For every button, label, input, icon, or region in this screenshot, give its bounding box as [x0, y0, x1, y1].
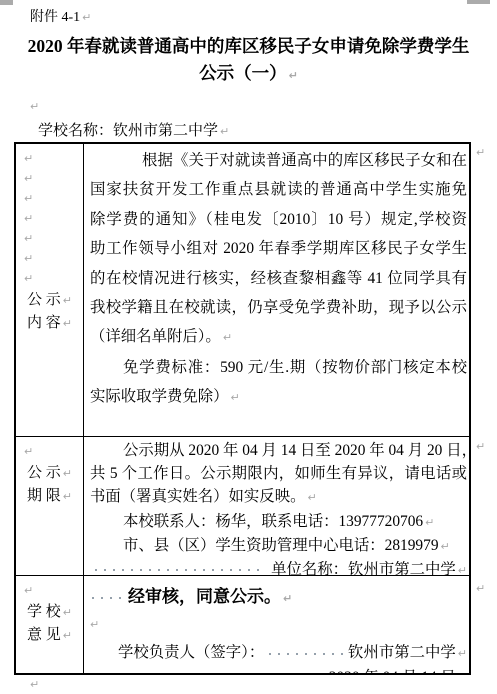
- paragraph-line: 我校学籍且在校就读，仍享受免学费补助，现予以公示: [90, 293, 467, 322]
- paragraph-mark-icon: ↵: [476, 146, 485, 159]
- notice-table: ↵ ↵ ↵ ↵ ↵ ↵ ↵ 公 示↵ 内 容↵ 根据《关于对就读普通高中的库区移…: [14, 142, 471, 675]
- paragraph-mark-icon: ↵: [289, 69, 298, 82]
- unit-name-line: 单位名称：钦州市第二中学↵: [90, 558, 467, 576]
- paragraph-mark-icon: ↵: [90, 618, 99, 631]
- page-corner-mark-right: [467, 0, 490, 4]
- row-header-label: 内 容↵: [27, 312, 72, 335]
- approval-line: 经审核，同意公示。↵: [90, 584, 467, 612]
- paragraph-mark-icon: ↵: [63, 629, 72, 642]
- paragraph-line: 的在校情况进行核实，经核查黎相鑫等 41 位同学具有: [90, 264, 467, 293]
- paragraph-mark-icon: ↵: [24, 209, 33, 229]
- school-opinion-cell: 经审核，同意公示。↵ ↵ 学校负责人（签字）： 钦州市第二中学↵ 2020 年 …: [84, 576, 469, 673]
- paragraph-mark-icon: ↵: [24, 581, 33, 601]
- page-title: 2020 年春就读普通高中的库区移民子女申请免除学费学生 公示（一）↵: [0, 33, 497, 89]
- paragraph-mark-icon: ↵: [24, 269, 33, 289]
- paragraph-mark-icon: ↵: [63, 490, 72, 503]
- paragraph-mark-icon: ↵: [441, 540, 450, 553]
- attachment-text: 附件 4-1: [30, 10, 80, 25]
- paragraph-line: 公示期从 2020 年 04 月 14 日至 2020 年 04 月 20 日，: [90, 439, 467, 462]
- paragraph-mark-icon: ↵: [476, 582, 485, 595]
- row-header-school-opinion: ↵ 学 校↵ 意 见↵: [16, 576, 84, 673]
- publicity-period-cell: 公示期从 2020 年 04 月 14 日至 2020 年 04 月 20 日，…: [84, 437, 469, 576]
- page-title-line2: 公示（一）↵: [0, 60, 497, 89]
- paragraph-mark-icon: ↵: [82, 11, 91, 24]
- paragraph-line: 国家扶贫开发工作重点县就读的普通高中学生实施免: [90, 175, 467, 204]
- dotted-leader: [269, 653, 343, 655]
- paragraph-line: 书面（署真实姓名）如实反映。↵: [90, 485, 467, 509]
- paragraph-mark-icon: ↵: [231, 391, 240, 404]
- paragraph-mark-icon: ↵: [458, 642, 467, 666]
- contact-line: 本校联系人：杨华，联系电话：13977720706↵: [90, 510, 467, 534]
- row-header-label: 公 示↵: [27, 462, 72, 485]
- formatting-marks-stack: ↵: [24, 442, 33, 462]
- paragraph-mark-icon: ↵: [283, 586, 292, 612]
- paragraph-mark-icon: ↵: [425, 516, 434, 529]
- school-name-line: 学校名称：钦州市第二中学↵: [38, 119, 229, 140]
- row-header-publicity-content: ↵ ↵ ↵ ↵ ↵ ↵ ↵ 公 示↵ 内 容↵: [16, 144, 84, 437]
- paragraph-mark-icon: ↵: [223, 331, 232, 344]
- paragraph-mark-icon: ↵: [24, 442, 33, 462]
- paragraph-mark-icon: ↵: [24, 189, 33, 209]
- document-page: 附件 4-1↵ 2020 年春就读普通高中的库区移民子女申请免除学费学生 公示（…: [0, 0, 497, 694]
- empty-paragraph: ↵: [90, 612, 467, 635]
- dotted-leader: [92, 597, 122, 599]
- paragraph-mark-icon: ↵: [220, 125, 229, 138]
- paragraph-line: 免学费标准：590 元/生.期（按物价部门核定本校: [90, 353, 467, 382]
- row-header-label: 学 校↵: [27, 601, 72, 624]
- signer-line: 学校负责人（签字）： 钦州市第二中学↵: [90, 641, 467, 666]
- date-text: 2020 年 04 月 14 日: [329, 666, 456, 673]
- row-header-label: 意 见↵: [27, 624, 72, 647]
- paragraph-mark-icon: ↵: [458, 559, 467, 576]
- paragraph-mark-icon: ↵: [63, 606, 72, 619]
- paragraph-line: 除学费的通知》（桂电发〔2010〕10 号）规定,学校资: [90, 205, 467, 234]
- center-phone-line: 市、县（区）学生资助管理中心电话：2819979↵: [90, 534, 467, 558]
- paragraph-mark-icon: ↵: [63, 294, 72, 307]
- signer-name: 钦州市第二中学: [348, 641, 456, 665]
- publicity-content-cell: 根据《关于对就读普通高中的库区移民子女和在 国家扶贫开发工作重点县就读的普通高中…: [84, 144, 469, 437]
- paragraph-mark-icon: ↵: [24, 149, 33, 169]
- paragraph-line: 实际收取学费免除）↵: [90, 382, 467, 412]
- formatting-marks-stack: ↵ ↵ ↵ ↵ ↵ ↵ ↵: [24, 149, 33, 289]
- date-line: 2020 年 04 月 14 日↵: [90, 666, 467, 673]
- paragraph-mark-icon: ↵: [63, 467, 72, 480]
- paragraph-mark-icon: ↵: [476, 440, 485, 453]
- signer-label: 学校负责人（签字）：: [118, 641, 264, 665]
- attachment-label: 附件 4-1↵: [30, 6, 91, 26]
- paragraph-mark-icon: ↵: [24, 229, 33, 249]
- paragraph-mark-icon: ↵: [307, 491, 316, 504]
- row-header-label: 公 示↵: [27, 289, 72, 312]
- page-title-line1: 2020 年春就读普通高中的库区移民子女申请免除学费学生: [0, 33, 497, 60]
- paragraph-line: 根据《关于对就读普通高中的库区移民子女和在: [90, 146, 467, 175]
- paragraph-mark-icon: ↵: [30, 97, 39, 117]
- paragraph-line: （详细名单附后）。↵: [90, 322, 467, 352]
- paragraph-mark-icon: ↵: [30, 678, 39, 691]
- paragraph-mark-icon: ↵: [24, 169, 33, 189]
- paragraph-mark-icon: ↵: [63, 317, 72, 330]
- dotted-leader: [95, 569, 266, 571]
- page-corner-mark-left: [0, 0, 13, 5]
- row-header-publicity-period: ↵ 公 示↵ 期 限↵: [16, 437, 84, 576]
- paragraph-line: 共 5 个工作日。公示期限内，如师生有异议，请电话或: [90, 462, 467, 485]
- paragraph-mark-icon: ↵: [458, 667, 467, 673]
- paragraph-mark-icon: ↵: [24, 249, 33, 269]
- formatting-marks-stack: ↵: [24, 581, 33, 601]
- row-header-label: 期 限↵: [27, 485, 72, 508]
- paragraph-line: 助工作领导小组对 2020 年春季学期库区移民子女学生: [90, 234, 467, 263]
